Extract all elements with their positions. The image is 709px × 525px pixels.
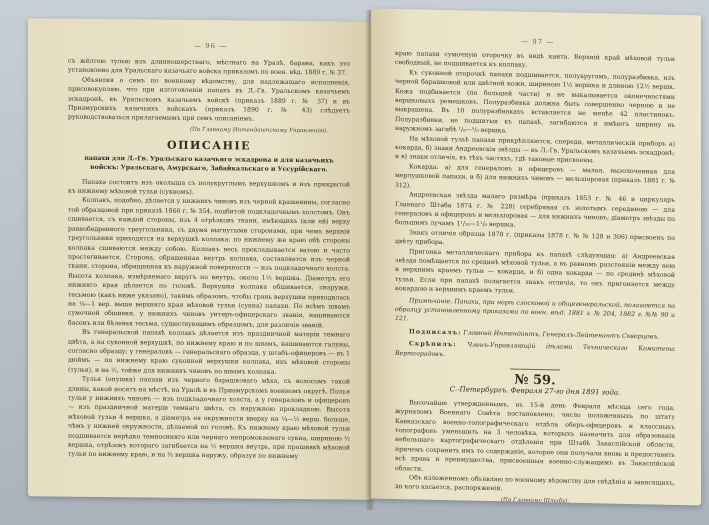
source-note: (По Главному Интендантскому Управленію). — [68, 124, 328, 136]
paragraph: Андреевская звѣзда малаго размѣра (прика… — [395, 190, 675, 233]
right-page-text: краю папахи сумочную оторочку въ видѣ ка… — [395, 49, 675, 505]
countersignature-line: Скрѣпилъ: Членъ-Управляющій дѣлами Техни… — [395, 339, 675, 364]
section-heading: ОПИСАНІЕ — [68, 140, 350, 152]
divider — [510, 368, 560, 370]
left-page: — 96 — съ жёлтою тулью изъ длинношерстна… — [28, 18, 371, 500]
paragraph: Колпакъ, подобно, дѣлается у нижнихъ чин… — [68, 196, 350, 331]
left-page-text: съ жёлтою тулью изъ длинношерстнаго, мѣс… — [68, 57, 350, 463]
signed-by: Главный Интендантъ, Генералъ-Лейтенантъ … — [463, 329, 659, 340]
right-page: — 97 — краю папахи сумочную оторочку въ … — [371, 9, 701, 506]
page-number: — 96 — — [194, 42, 227, 50]
paragraph: Пригонка металлическаго прибора къ папах… — [395, 247, 675, 300]
paragraph: Тулья (опушка) папахи изъ черного барашк… — [68, 375, 350, 463]
page-number: — 97 — — [521, 38, 554, 47]
section-subheading: папахи для Л.-Гв. Уральскаго казачьяго э… — [74, 153, 344, 174]
paragraph: Высочайше утвержденнымъ, въ 15-й день Фе… — [395, 398, 675, 479]
paragraph: Въ генеральской папахѣ колпакъ дѣлается … — [68, 328, 350, 378]
note: Примѣчаніе. Папахи, при норѣ слосковой и… — [395, 296, 675, 330]
signed-label: Подписалъ: — [409, 328, 461, 336]
countersigned-label: Скрѣпилъ: — [409, 341, 457, 349]
paragraph: Къ суконной оторочкѣ папахи подшивается,… — [395, 68, 675, 140]
paragraph: Объявляя о семъ по военному вѣдомству, д… — [68, 75, 350, 125]
